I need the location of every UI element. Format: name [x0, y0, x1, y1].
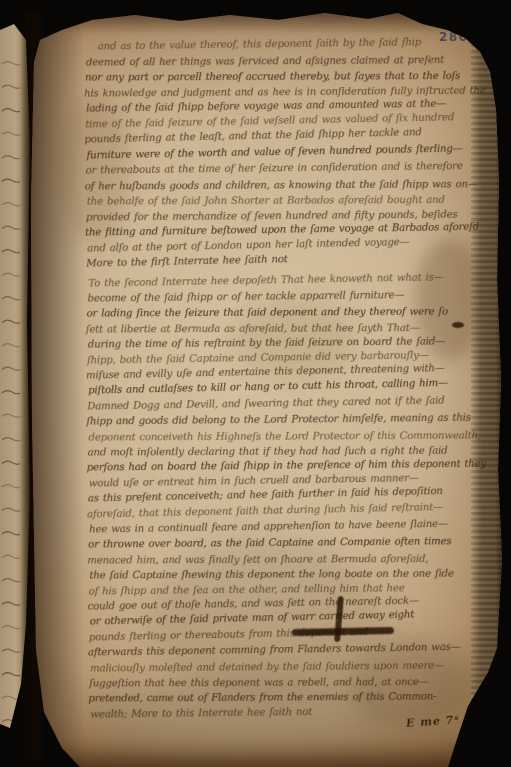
docket-mark: E me 7ˢ: [406, 713, 460, 730]
manuscript-line: deemed of all her things was ſerviced an…: [86, 52, 482, 70]
manuscript-line: or lading ſince the ſeizure that ſaid de…: [86, 304, 483, 322]
manuscript-line: of her huſbands goods and children, as k…: [85, 176, 483, 194]
manuscript-line: and as to the value thereof, this depone…: [98, 34, 482, 55]
manuscript-line: ſhipp and goods did belong to the Lord P…: [86, 411, 484, 430]
photograph: 280 and as to the value thereof, this de…: [0, 0, 511, 767]
gutter-inner-shadow: [30, 0, 85, 767]
manuscript-line: or throwne over board, as the ſaid Capta…: [88, 534, 485, 553]
manuscript-line: maliciouſly moleſted and detained by the…: [90, 658, 486, 677]
manuscript-text-block: and as to the value thereof, this depone…: [84, 37, 487, 723]
manuscript-page: 280 and as to the value thereof, this de…: [0, 0, 511, 767]
